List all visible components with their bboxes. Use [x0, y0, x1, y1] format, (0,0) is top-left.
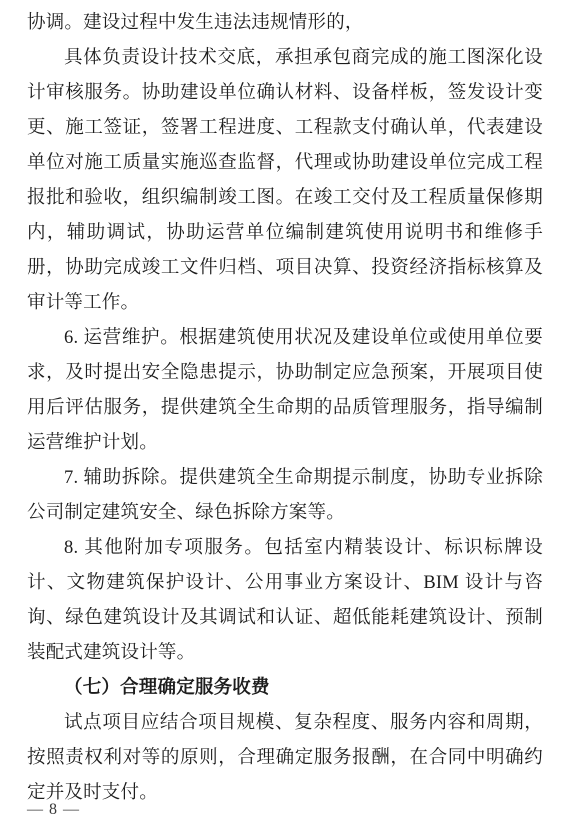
document-page: 协调。建设过程中发生违法违规情形的， 具体负责设计技术交底，承担承包商完成的施工…	[0, 0, 569, 833]
page-number: — 8 —	[27, 801, 80, 819]
paragraph-construction-services: 具体负责设计技术交底，承担承包商完成的施工图深化设计审核服务。协助建设单位确认材…	[27, 41, 543, 321]
paragraph-item-6-operation-maintenance: 6. 运营维护。根据建筑使用状况及建设单位或使用单位要求，及时提出安全隐患提示，…	[27, 321, 543, 461]
document-body: 协调。建设过程中发生违法违规情形的， 具体负责设计技术交底，承担承包商完成的施工…	[27, 6, 543, 811]
paragraph-section-7-body: 试点项目应结合项目规模、复杂程度、服务内容和周期，按照责权利对等的原则，合理确定…	[27, 706, 543, 811]
paragraph-continuation: 协调。建设过程中发生违法违规情形的，	[27, 6, 543, 41]
paragraph-item-8-other-services: 8. 其他附加专项服务。包括室内精装设计、标识标牌设计、文物建筑保护设计、公用事…	[27, 531, 543, 671]
paragraph-item-7-assisted-demolition: 7. 辅助拆除。提供建筑全生命期提示制度，协助专业拆除公司制定建筑安全、绿色拆除…	[27, 461, 543, 531]
section-heading-7-service-fees: （七）合理确定服务收费	[27, 671, 543, 706]
